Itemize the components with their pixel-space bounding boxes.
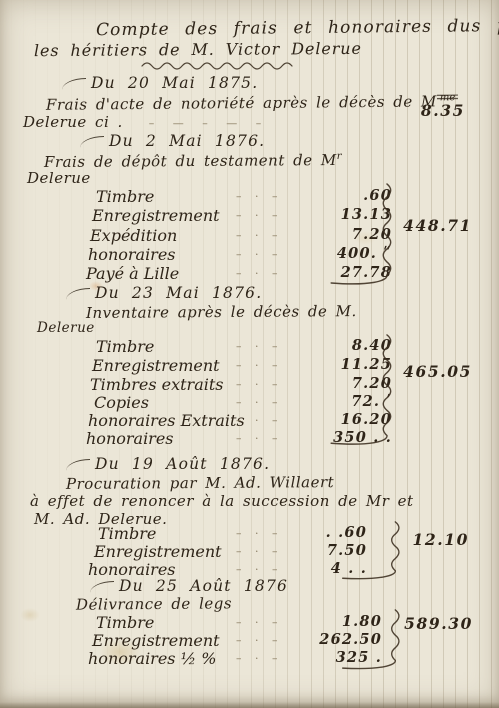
leader-dashes: – · – [236,432,283,445]
entry-date: Du 25 Août 1876 [90,577,288,595]
superscript-text: r [337,151,342,162]
group-total: 589.30 [404,614,473,633]
fee-row: Timbre– · –8.40 [0,337,499,356]
fee-label: Timbre [96,337,154,356]
entry-date: Du 2 Mai 1876. [80,132,265,150]
fee-label: Timbres extraits [90,375,223,394]
fee-label: Enregistrement [94,542,222,561]
grouping-brace [320,182,400,288]
entry-description: Procuration par M. Ad. Willaert [66,473,334,493]
entry-description-cont: Delerue ci .– — – — – [23,113,267,131]
leader-dashes: – · – [236,616,283,629]
manuscript-page: Compte des frais et honoraires dus par l… [0,0,499,708]
pen-flourish [90,581,114,593]
entry-description-text: Delerue ci . [23,113,123,131]
fee-label: Payé à Lille [86,264,179,283]
entry-date-text: Du 2 Mai 1876. [109,132,265,150]
leader-dashes: – · – [236,267,283,280]
party-name: Delerue [37,320,95,336]
fee-label: Timbre [96,187,154,206]
entry-description: Frais d'acte de notoriété après le décès… [46,92,458,114]
fee-row: honoraires ½ %– · –325 . [0,649,499,668]
fee-row: honoraires– · –350 . . [0,429,499,448]
fee-row: Enregistrement– · –262.50 [0,631,499,650]
document-title-line2: les héritiers de M. Victor Delerue [34,39,362,60]
leader-dashes: – · – [236,229,283,242]
group-total: 12.10 [412,530,469,549]
fee-label: Enregistrement [92,356,220,375]
fee-label: Timbre [96,613,154,632]
fee-label: honoraires [86,429,174,448]
fee-label: Timbre [98,524,156,543]
fee-label: Enregistrement [92,631,220,650]
grouping-brace [330,520,408,582]
entry-date: Du 19 Août 1876. [66,455,270,473]
grouping-brace [320,333,400,451]
leader-dashes: – · – [236,190,283,203]
entry-date-text: Du 19 Août 1876. [95,455,270,473]
pen-flourish [80,136,104,148]
pen-flourish [66,288,90,300]
fee-label: Copies [94,393,149,412]
entry-amount: 8.35 [421,101,465,120]
leader-dashes: – · – [236,652,283,665]
leader-dashes: – · – [236,209,283,222]
entry-date: Du 23 Mai 1876. [66,284,262,302]
group-total: 465.05 [403,362,472,381]
leader-dashes: – · – [236,634,283,647]
entry-date-text: Du 23 Mai 1876. [95,284,262,302]
fee-label: honoraires [88,245,176,264]
fee-label: honoraires ½ % [88,649,216,668]
fee-row: Copies– · –72. ʹ [0,393,499,412]
group-total: 448.71 [403,216,472,235]
entry-description: Inventaire après le décès de M. [86,302,357,322]
fee-row: Payé à Lille– · –27.78 [0,264,499,283]
leader-dashes: – · – [236,414,283,427]
leader-dashes: – · – [236,248,283,261]
fee-label: honoraires Extraits [88,411,245,430]
leader-dashes: – · – [236,359,283,372]
entry-description: Délivrance de legs [76,594,232,613]
leader-dashes: – — – — – [149,117,268,130]
fee-label: Enregistrement [92,206,220,225]
entry-description-cont: à effet de renoncer à la succession de M… [30,492,414,510]
pen-flourish [62,78,86,90]
fee-row: honoraires– · –400. ʺ [0,245,499,264]
pen-flourish [66,459,90,471]
party-name: Delerue [27,169,91,187]
leader-dashes: – · – [236,378,283,391]
leader-dashes: – · – [236,340,283,353]
wavy-underline [140,60,300,70]
entry-date-text: Du 20 Mai 1875. [91,74,258,92]
page-bottom-shadow [0,702,499,708]
grouping-brace [330,608,408,672]
entry-description-text: Frais d'acte de notoriété après le décès… [46,92,437,113]
entry-date: Du 20 Mai 1875. [62,74,258,92]
document-title-line1: Compte des frais et honoraires dus par [96,16,499,41]
entry-date-text: Du 25 Août 1876 [119,577,288,595]
fee-row: Timbre– · –.60 [0,187,499,206]
fee-row: honoraires Extraits– · –16.20 [0,411,499,430]
fee-label: Expédition [90,226,177,245]
leader-dashes: – · – [236,396,283,409]
